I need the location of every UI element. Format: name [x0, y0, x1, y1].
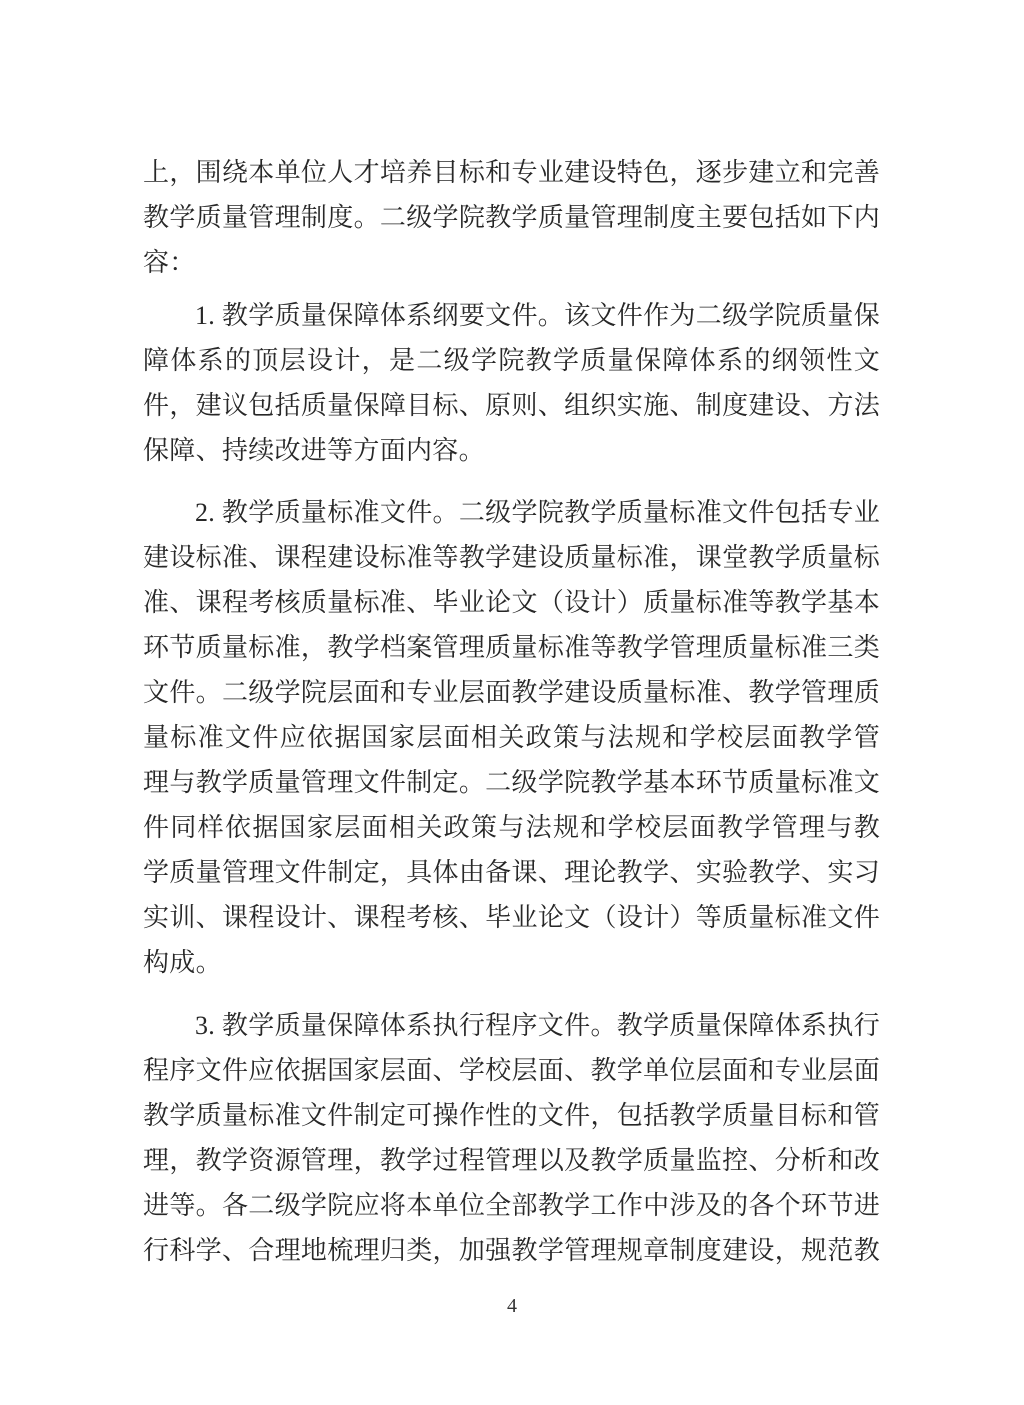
- text-line: 行科学、合理地梳理归类，加强教学管理规章制度建设，规范教: [143, 1228, 880, 1273]
- text-line: 文件。二级学院层面和专业层面教学建设质量标准、教学管理质: [143, 670, 880, 715]
- text-line: 量标准文件应依据国家层面相关政策与法规和学校层面教学管: [143, 715, 880, 760]
- text-line: 实训、课程设计、课程考核、毕业论文（设计）等质量标准文件: [143, 895, 880, 940]
- text-block: 上，围绕本单位人才培养目标和专业建设特色，逐步建立和完善教学质量管理制度。二级学…: [143, 150, 880, 1273]
- text-line: 理与教学质量管理文件制定。二级学院教学基本环节质量标准文: [143, 760, 880, 805]
- text-line: 1. 教学质量保障体系纲要文件。该文件作为二级学院质量保: [143, 293, 880, 338]
- text-line: 理，教学资源管理，教学过程管理以及教学质量监控、分析和改: [143, 1138, 880, 1183]
- paragraph: 3. 教学质量保障体系执行程序文件。教学质量保障体系执行程序文件应依据国家层面、…: [143, 1003, 880, 1273]
- text-line: 3. 教学质量保障体系执行程序文件。教学质量保障体系执行: [143, 1003, 880, 1048]
- document-page: 上，围绕本单位人才培养目标和专业建设特色，逐步建立和完善教学质量管理制度。二级学…: [0, 0, 1024, 1405]
- text-line: 学质量管理文件制定，具体由备课、理论教学、实验教学、实习: [143, 850, 880, 895]
- text-line: 教学质量管理制度。二级学院教学质量管理制度主要包括如下内: [143, 195, 880, 240]
- text-line: 件，建议包括质量保障目标、原则、组织实施、制度建设、方法: [143, 383, 880, 428]
- text-line: 保障、持续改进等方面内容。: [143, 428, 880, 473]
- text-line: 件同样依据国家层面相关政策与法规和学校层面教学管理与教: [143, 805, 880, 850]
- text-line: 建设标准、课程建设标准等教学建设质量标准，课堂教学质量标: [143, 535, 880, 580]
- page-number: 4: [0, 1293, 1024, 1319]
- paragraph: 上，围绕本单位人才培养目标和专业建设特色，逐步建立和完善教学质量管理制度。二级学…: [143, 150, 880, 285]
- text-line: 容：: [143, 240, 880, 285]
- text-line: 上，围绕本单位人才培养目标和专业建设特色，逐步建立和完善: [143, 150, 880, 195]
- paragraph: 1. 教学质量保障体系纲要文件。该文件作为二级学院质量保障体系的顶层设计，是二级…: [143, 293, 880, 473]
- text-line: 准、课程考核质量标准、毕业论文（设计）质量标准等教学基本: [143, 580, 880, 625]
- text-line: 构成。: [143, 940, 880, 985]
- text-line: 教学质量标准文件制定可操作性的文件，包括教学质量目标和管: [143, 1093, 880, 1138]
- text-line: 进等。各二级学院应将本单位全部教学工作中涉及的各个环节进: [143, 1183, 880, 1228]
- paragraph: 2. 教学质量标准文件。二级学院教学质量标准文件包括专业建设标准、课程建设标准等…: [143, 490, 880, 985]
- text-line: 2. 教学质量标准文件。二级学院教学质量标准文件包括专业: [143, 490, 880, 535]
- text-line: 障体系的顶层设计，是二级学院教学质量保障体系的纲领性文: [143, 338, 880, 383]
- text-line: 环节质量标准，教学档案管理质量标准等教学管理质量标准三类: [143, 625, 880, 670]
- text-line: 程序文件应依据国家层面、学校层面、教学单位层面和专业层面: [143, 1048, 880, 1093]
